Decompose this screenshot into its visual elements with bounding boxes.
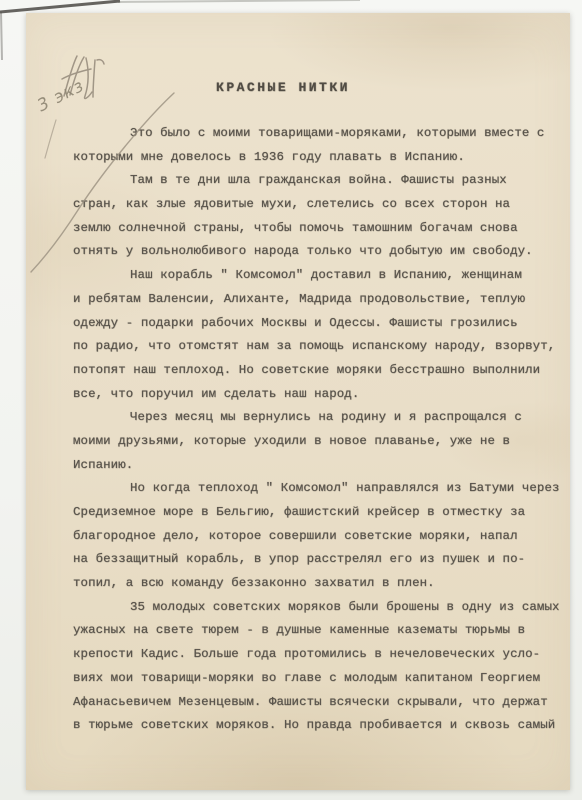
text-line: в тюрьме советских моряков. Но правда пр… — [73, 714, 563, 738]
text-line: стран, как злые ядовитые мухи, слетелись… — [73, 193, 563, 217]
text-line: и ребятам Валенсии, Алиханте, Мадрида пр… — [73, 288, 563, 312]
text-line: все, что поручил им сделать наш народ. — [73, 383, 563, 407]
text-line: виях мои товарищи-моряки во главе с моло… — [73, 667, 563, 691]
document-title: КРАСНЫЕ НИТКИ — [11, 80, 555, 95]
text-line: которыми мне довелось в 1936 году плават… — [73, 146, 563, 170]
text-line: топил, а всю команду беззаконно захватил… — [73, 572, 563, 596]
scan-background: КРАСНЫЕ НИТКИ Это было с моими товарищам… — [0, 0, 582, 800]
text-line: Там в те дни шла гражданская война. Фаши… — [73, 169, 563, 193]
text-line: Через месяц мы вернулись на родину и я р… — [73, 406, 563, 430]
text-line: по радио, что отомстят нам за помощь исп… — [73, 335, 563, 359]
text-line: Средиземное море в Бельгию, фашистский к… — [73, 501, 563, 525]
text-line: ужасных на свете тюрем - в душные каменн… — [73, 619, 563, 643]
text-line: крепости Кадис. Больше года протомились … — [73, 643, 563, 667]
text-line: на беззащитный корабль, в упор расстреля… — [73, 548, 563, 572]
text-line: моими друзьями, которые уходили в новое … — [73, 430, 563, 454]
text-line: благородное дело, которое совершили сове… — [73, 525, 563, 549]
text-line: Афанасьевичем Мезенцевым. Фашисты всячес… — [73, 691, 563, 715]
text-line: одежду - подарки рабочих Москвы и Одессы… — [73, 312, 563, 336]
text-line: Наш корабль " Комсомол" доставил в Испан… — [73, 264, 563, 288]
text-line: Испанию. — [73, 454, 563, 478]
text-line: отнять у вольнолюбивого народа только чт… — [73, 240, 563, 264]
document-body: Это было с моими товарищами-моряками, ко… — [73, 122, 563, 738]
text-line: Но когда теплоход " Комсомол" направлялс… — [73, 477, 563, 501]
text-line: потопят наш теплоход. Но советские моряк… — [73, 359, 563, 383]
text-line: 35 молодых советских моряков были брошен… — [73, 596, 563, 620]
text-line: Это было с моими товарищами-моряками, ко… — [73, 122, 563, 146]
document-page: КРАСНЫЕ НИТКИ Это было с моими товарищам… — [26, 13, 570, 790]
text-line: землю солнечной страны, чтобы помочь там… — [73, 217, 563, 241]
